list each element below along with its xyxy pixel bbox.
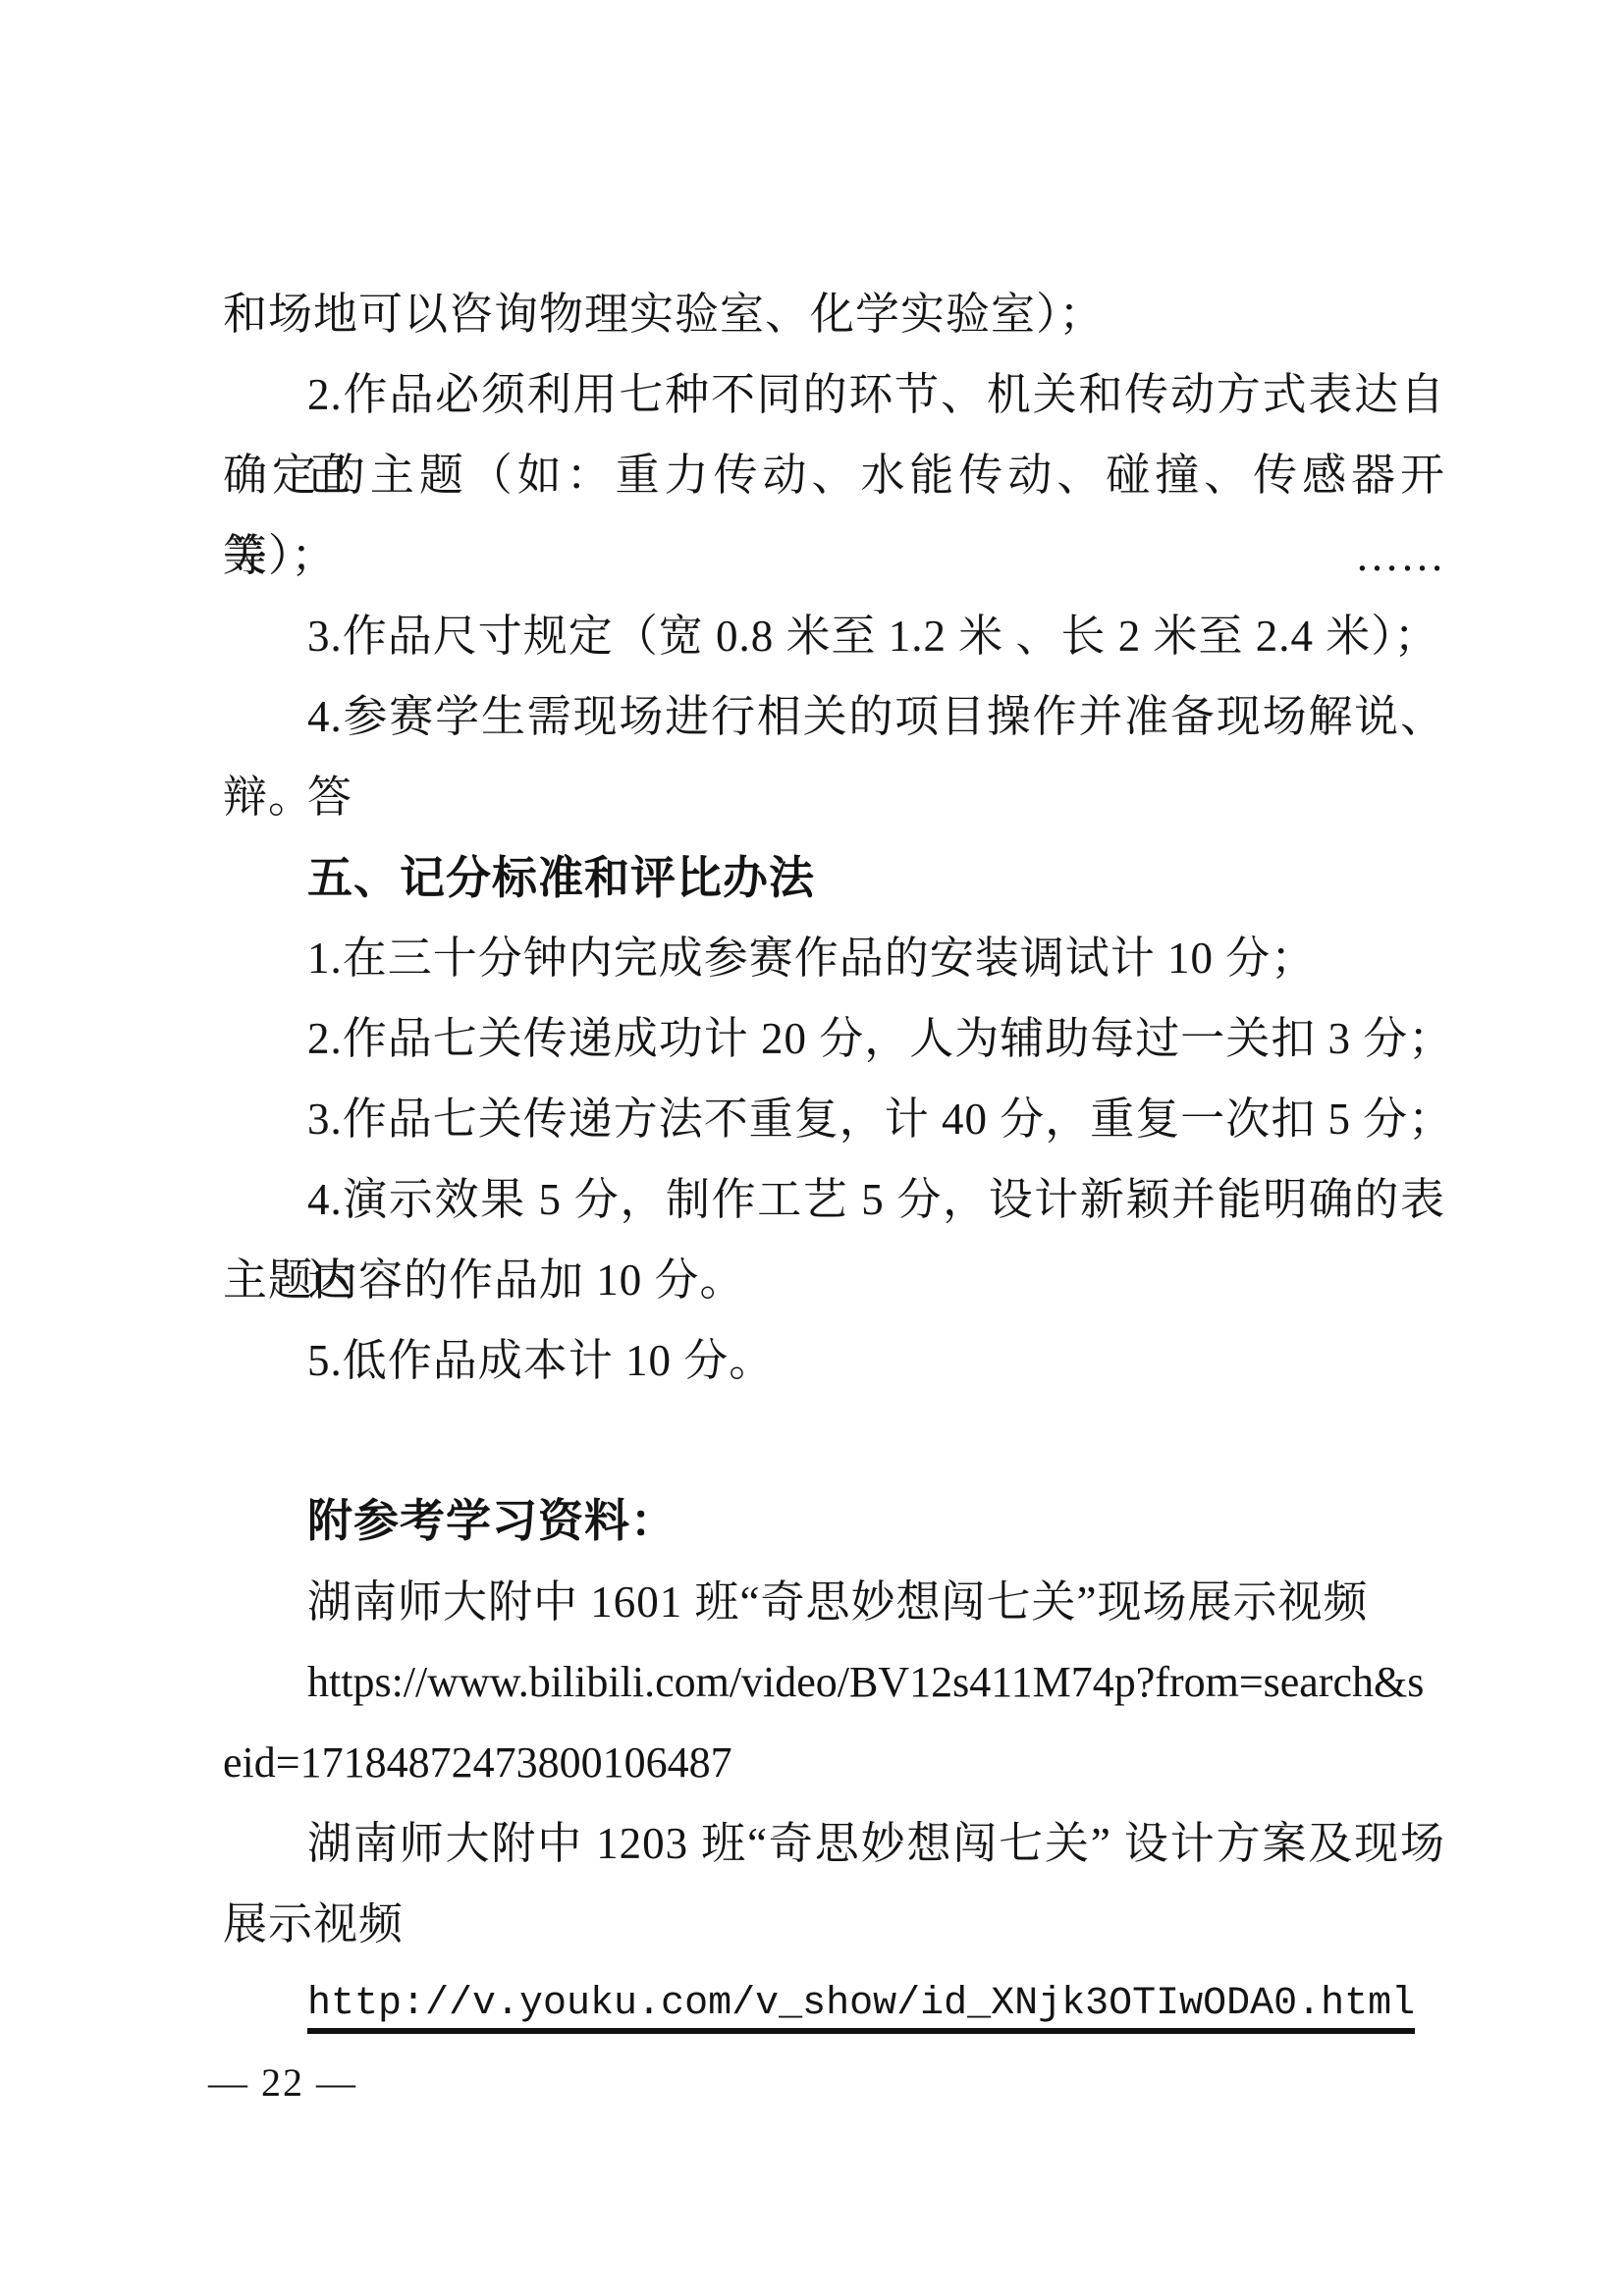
page-number: — 22 — <box>208 2059 357 2107</box>
score-rule-2: 2.作品七关传递成功计 20 分，人为辅助每过一关扣 3 分； <box>223 998 1445 1079</box>
list-item-4: 4.参赛学生需现场进行相关的项目操作并准备现场解说、答 <box>223 676 1445 757</box>
list-item-2: 2.作品必须利用七种不同的环节、机关和传动方式表达自己 <box>223 354 1445 435</box>
youku-url-line: http://v.youku.com/v_show/id_XNjk3OTIwOD… <box>223 1964 1445 2045</box>
text-line: 和场地可以咨询物理实验室、化学实验室）； <box>223 274 1445 354</box>
document-body: 和场地可以咨询物理实验室、化学实验室）； 2.作品必须利用七种不同的环节、机关和… <box>223 274 1445 2045</box>
section-heading-five: 五、记分标准和评比办法 <box>223 837 1445 918</box>
bilibili-url-line-1: https://www.bilibili.com/video/BV12s411M… <box>223 1642 1445 1723</box>
score-rule-4: 4.演示效果 5 分，制作工艺 5 分，设计新颖并能明确的表达 <box>223 1159 1445 1240</box>
score-rule-5: 5.低作品成本计 10 分。 <box>223 1320 1445 1401</box>
youku-hyperlink[interactable]: http://v.youku.com/v_show/id_XNjk3OTIwOD… <box>307 1982 1415 2034</box>
reference-video-1-title: 湖南师大附中 1601 班“奇思妙想闯七关”现场展示视频 <box>223 1562 1445 1642</box>
reference-video-2-title: 湖南师大附中 1203 班“奇思妙想闯七关” 设计方案及现场 <box>223 1803 1445 1884</box>
score-rule-1: 1.在三十分钟内完成参赛作品的安装调试计 10 分； <box>223 918 1445 998</box>
document-page: 和场地可以咨询物理实验室、化学实验室）； 2.作品必须利用七种不同的环节、机关和… <box>0 0 1624 2296</box>
text-line: 确定的主题（如：重力传动、水能传动、碰撞、传感器开关…… <box>223 435 1445 515</box>
list-item-3: 3.作品尺寸规定（宽 0.8 米至 1.2 米 、长 2 米至 2.4 米）； <box>223 596 1445 676</box>
bilibili-url-line-2: eid=17184872473800106487 <box>223 1723 1445 1803</box>
score-rule-3: 3.作品七关传递方法不重复，计 40 分，重复一次扣 5 分； <box>223 1079 1445 1159</box>
text-line: 辩。 <box>223 757 1445 837</box>
text-line: 展示视频 <box>223 1884 1445 1964</box>
appendix-heading: 附参考学习资料： <box>223 1481 1445 1562</box>
text-line: 主题内容的作品加 10 分。 <box>223 1240 1445 1320</box>
blank-line <box>223 1401 1445 1481</box>
